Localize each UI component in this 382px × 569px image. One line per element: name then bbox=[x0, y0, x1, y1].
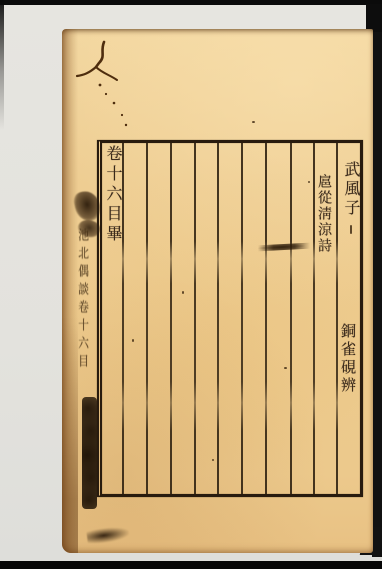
toc-entry: 武風子 bbox=[339, 161, 362, 218]
book-leaf: 池北偶談卷十六目 武風子 扈從淸涼詩 銅雀硯辨 卷十六目畢 bbox=[62, 29, 373, 553]
scan-edge-right bbox=[372, 4, 382, 557]
column-rule bbox=[146, 143, 148, 494]
scanned-book-page: 池北偶談卷十六目 武風子 扈從淸涼詩 銅雀硯辨 卷十六目畢 bbox=[0, 0, 382, 569]
scan-edge-bottom bbox=[0, 561, 382, 569]
ink-crack-mark bbox=[74, 39, 134, 129]
ink-speck bbox=[212, 459, 214, 461]
ink-speck bbox=[182, 291, 184, 294]
column-rule bbox=[217, 143, 219, 494]
scan-edge-top bbox=[0, 0, 382, 5]
spine-fold-title: 池北偶談卷十六目 bbox=[75, 228, 91, 372]
column-rule bbox=[265, 143, 267, 494]
ink-speck bbox=[308, 181, 310, 183]
column-rule bbox=[194, 143, 196, 494]
scan-edge-left bbox=[0, 0, 4, 130]
toc-entry: 扈從淸涼詩 bbox=[313, 174, 333, 254]
column-rule bbox=[241, 143, 243, 494]
spine-wear-band bbox=[82, 397, 97, 509]
ink-speck bbox=[132, 339, 134, 342]
ink-speck bbox=[252, 121, 255, 123]
scan-edge-corner-top-right bbox=[366, 4, 382, 32]
toc-entry: 銅雀硯辨 bbox=[337, 323, 358, 395]
column-rule bbox=[290, 143, 292, 494]
ink-speck bbox=[284, 367, 287, 369]
column-rule bbox=[170, 143, 172, 494]
toc-end-label: 卷十六目畢 bbox=[101, 145, 124, 245]
ink-speck bbox=[350, 225, 352, 234]
column-rule bbox=[336, 143, 338, 494]
corner-wear-smudge bbox=[86, 525, 129, 544]
